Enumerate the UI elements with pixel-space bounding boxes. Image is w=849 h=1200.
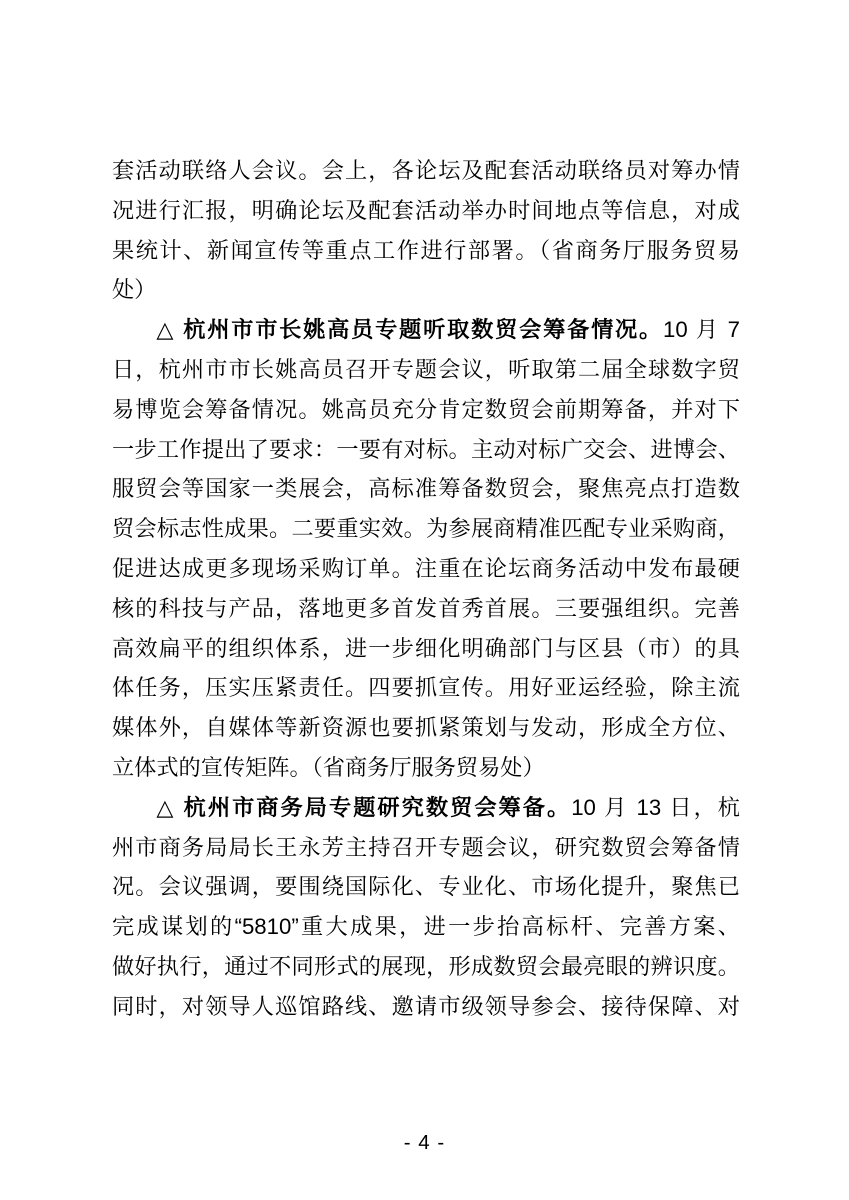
text-line: 核的科技与产品，落地更多首发首秀首展。三要强组织。完善 bbox=[112, 589, 740, 629]
text-line: 完成谋划的“5810”重大成果，进一步抬高标杆、完善方案、 bbox=[112, 907, 740, 947]
text-line: △ 杭州市商务局专题研究数贸会筹备。10 月 13 日，杭 bbox=[112, 788, 740, 828]
paragraph-body-text: 立体式的宣传矩阵。（省商务厅服务贸易处） bbox=[112, 755, 545, 780]
paragraph-body-text: 贸会标志性成果。二要重实效。为参展商精准匹配专业采购商， bbox=[112, 516, 740, 541]
text-line: 套活动联络人会议。会上，各论坛及配套活动联络员对筹办情 bbox=[112, 151, 740, 191]
paragraph-body-text: 易博览会筹备情况。姚高员充分肯定数贸会前期筹备，并对下 bbox=[112, 397, 740, 422]
paragraph-body-text: 做好执行，通过不同形式的展现，形成数贸会最亮眼的辨识度。 bbox=[112, 954, 740, 979]
paragraph-body-text: 州市商务局局长王永芳主持召开专题会议，研究数贸会筹备情 bbox=[112, 835, 740, 860]
page-footer: - 4 - bbox=[0, 1130, 849, 1156]
text-line: 一步工作提出了要求：一要有对标。主动对标广交会、进博会、 bbox=[112, 430, 740, 470]
text-line: 况。会议强调，要围绕国际化、专业化、市场化提升，聚焦已 bbox=[112, 867, 740, 907]
text-line: 做好执行，通过不同形式的展现，形成数贸会最亮眼的辨识度。 bbox=[112, 947, 740, 987]
text-line: 体任务，压实压紧责任。四要抓宣传。用好亚运经验，除主流 bbox=[112, 668, 740, 708]
paragraph-body-text: 10 月 7 bbox=[663, 317, 740, 342]
paragraph-body-text: 媒体外，自媒体等新资源也要抓紧策划与发动，形成全方位、 bbox=[112, 715, 740, 740]
text-line: 立体式的宣传矩阵。（省商务厅服务贸易处） bbox=[112, 748, 740, 788]
paragraph-body-text: 处） bbox=[112, 277, 156, 302]
text-line: 况进行汇报，明确论坛及配套活动举办时间地点等信息，对成 bbox=[112, 191, 740, 231]
page-body: 套活动联络人会议。会上，各论坛及配套活动联络员对筹办情况进行汇报，明确论坛及配套… bbox=[112, 151, 740, 1027]
page-number: - 4 - bbox=[404, 1131, 445, 1154]
paragraph-body-text: 一步工作提出了要求：一要有对标。主动对标广交会、进博会、 bbox=[112, 437, 740, 462]
text-line: 贸会标志性成果。二要重实效。为参展商精准匹配专业采购商， bbox=[112, 509, 740, 549]
text-line: 促进达成更多现场采购订单。注重在论坛商务活动中发布最硬 bbox=[112, 549, 740, 589]
paragraph-body-text: 高效扁平的组织体系，进一步细化明确部门与区县（市）的具 bbox=[112, 636, 740, 661]
text-line: 同时，对领导人巡馆路线、邀请市级领导参会、接待保障、对 bbox=[112, 987, 740, 1027]
text-line: 处） bbox=[112, 270, 740, 310]
text-line: 州市商务局局长王永芳主持召开专题会议，研究数贸会筹备情 bbox=[112, 828, 740, 868]
paragraph-body-text: 同时，对领导人巡馆路线、邀请市级领导参会、接待保障、对 bbox=[112, 994, 740, 1019]
paragraph-body-text: 套活动联络人会议。会上，各论坛及配套活动联络员对筹办情 bbox=[112, 158, 740, 183]
paragraph-body-text: 核的科技与产品，落地更多首发首秀首展。三要强组织。完善 bbox=[112, 596, 740, 621]
paragraph-heading-bold: △ 杭州市商务局专题研究数贸会筹备。 bbox=[156, 795, 571, 820]
paragraph-body-text: 体任务，压实压紧责任。四要抓宣传。用好亚运经验，除主流 bbox=[112, 675, 740, 700]
text-line: 高效扁平的组织体系，进一步细化明确部门与区县（市）的具 bbox=[112, 629, 740, 669]
paragraph-body-text: 服贸会等国家一类展会，高标准筹备数贸会，聚焦亮点打造数 bbox=[112, 476, 740, 501]
text-line: △ 杭州市市长姚高员专题听取数贸会筹备情况。10 月 7 bbox=[112, 310, 740, 350]
text-line: 媒体外，自媒体等新资源也要抓紧策划与发动，形成全方位、 bbox=[112, 708, 740, 748]
text-line: 日，杭州市市长姚高员召开专题会议，听取第二届全球数字贸 bbox=[112, 350, 740, 390]
text-line: 易博览会筹备情况。姚高员充分肯定数贸会前期筹备，并对下 bbox=[112, 390, 740, 430]
paragraph-body-text: 促进达成更多现场采购订单。注重在论坛商务活动中发布最硬 bbox=[112, 556, 740, 581]
paragraph-body-text: 10 月 13 日，杭 bbox=[571, 795, 740, 820]
paragraph-heading-bold: △ 杭州市市长姚高员专题听取数贸会筹备情况。 bbox=[156, 317, 663, 342]
text-line: 果统计、新闻宣传等重点工作进行部署。（省商务厅服务贸易 bbox=[112, 231, 740, 271]
paragraph-body-text: 果统计、新闻宣传等重点工作进行部署。（省商务厅服务贸易 bbox=[112, 238, 740, 263]
paragraph-body-text: 况。会议强调，要围绕国际化、专业化、市场化提升，聚焦已 bbox=[112, 874, 740, 899]
paragraph-body-text: 日，杭州市市长姚高员召开专题会议，听取第二届全球数字贸 bbox=[112, 357, 740, 382]
text-line: 服贸会等国家一类展会，高标准筹备数贸会，聚焦亮点打造数 bbox=[112, 469, 740, 509]
paragraph-body-text: 完成谋划的“5810”重大成果，进一步抬高标杆、完善方案、 bbox=[112, 914, 740, 939]
paragraph-body-text: 况进行汇报，明确论坛及配套活动举办时间地点等信息，对成 bbox=[112, 198, 740, 223]
document-page: 套活动联络人会议。会上，各论坛及配套活动联络员对筹办情况进行汇报，明确论坛及配套… bbox=[0, 0, 849, 1200]
